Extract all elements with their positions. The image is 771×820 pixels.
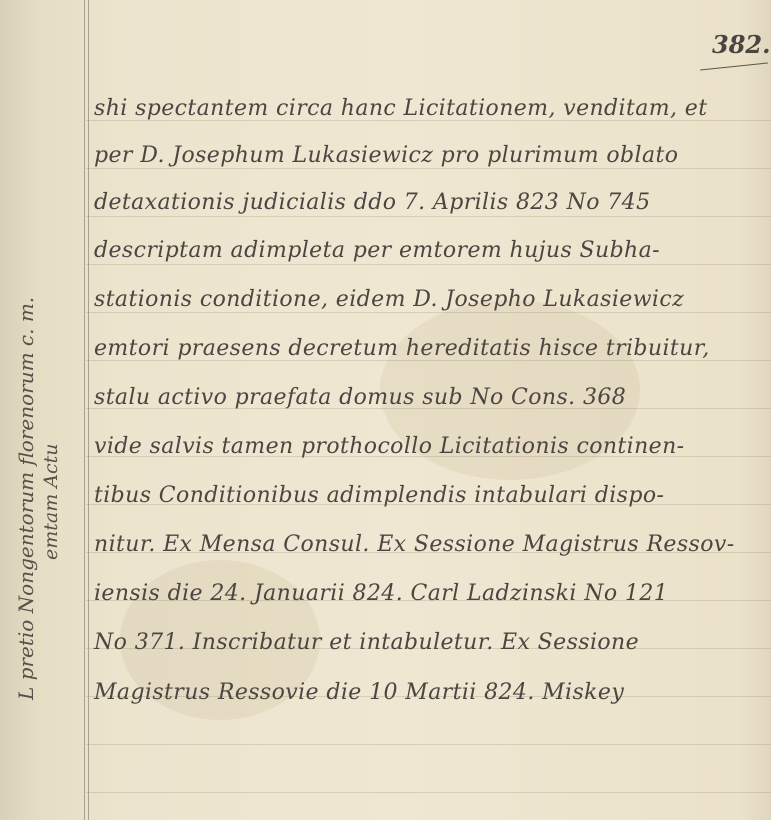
text-line: vide salvis tamen prothocollo Licitation… <box>94 434 685 459</box>
text-line: emtori praesens decretum hereditatis his… <box>94 336 710 361</box>
ruled-line <box>86 792 771 793</box>
margin-note: emtam Actu <box>40 443 62 560</box>
text-line: descriptam adimpleta per emtorem hujus S… <box>94 238 660 263</box>
text-line: per D. Josephum Lukasiewicz pro plurimum… <box>94 143 678 168</box>
text-line: detaxationis judicialis ddo 7. Aprilis 8… <box>94 190 650 215</box>
text-line: shi spectantem circa hanc Licitationem, … <box>94 96 707 121</box>
manuscript-page: 382. shi spectantem circa hanc Licitatio… <box>0 0 771 820</box>
ruled-line <box>86 264 771 265</box>
text-line: No 371. Inscribatur et intabuletur. Ex S… <box>94 630 639 655</box>
ruled-line <box>86 216 771 217</box>
text-line: stalu activo praefata domus sub No Cons.… <box>94 385 626 410</box>
ruled-line <box>86 168 771 169</box>
margin-rule <box>88 0 89 820</box>
text-line: stationis conditione, eidem D. Josepho L… <box>94 287 684 312</box>
ruled-line <box>86 312 771 313</box>
page-number-underline <box>700 62 768 70</box>
margin-rule <box>84 0 85 820</box>
ruled-line <box>86 744 771 745</box>
text-line: iensis die 24. Januarii 824. Carl Ladzin… <box>94 581 668 606</box>
text-line: nitur. Ex Mensa Consul. Ex Sessione Magi… <box>94 532 735 557</box>
margin-note: L pretio Nongentorum florenorum c. m. <box>14 297 38 700</box>
text-line: tibus Conditionibus adimplendis intabula… <box>94 483 664 508</box>
text-line: Magistrus Ressovie die 10 Martii 824. Mi… <box>94 680 624 705</box>
page-number: 382. <box>712 30 770 59</box>
